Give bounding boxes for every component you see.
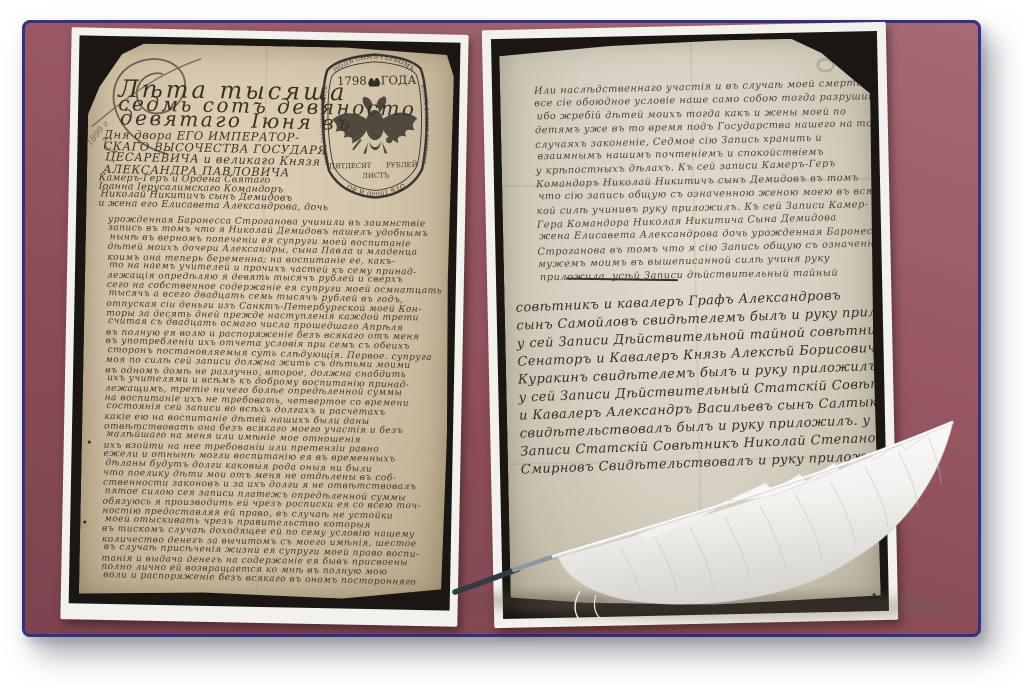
double-headed-eagle-icon [332,96,418,154]
left-photo-black-backdrop: 1899 г Лѣта тысящаседмь сотъ девяностоде… [69,35,461,610]
stamp-border-text-bottom: ОТЪ 10000 И ВО [346,181,406,197]
revenue-stamp: ПОДЪ СИМЪ ГЕРБОМЪ ПИСАТЬ ВСЯКІЕ КРЕПОСТИ… [313,51,437,201]
stamp-year: 1798 [337,74,367,88]
right-document-photo: Или наслѣдственнаго участія и въ случаѣ … [482,22,898,628]
crown-icon [368,78,380,87]
scene-canvas: { "colors":{ "mat_background":"#8e515c",… [0,0,1024,684]
stamp-value-left: ПЯТДЕСЯТ [329,162,372,171]
stamp-border-text-top: ПОДЪ СИМЪ ГЕРБОМЪ [332,52,415,74]
left-heading-small: Камеръ-Геръ и Ордена СвятагоІоанна Іерус… [98,174,329,213]
svg-text:ОТЪ 10000 И ВО: ОТЪ 10000 И ВО [346,181,406,197]
ink-speck [606,583,609,586]
ink-speck [83,521,86,524]
ink-speck [873,593,876,596]
left-document-paper: 1899 г Лѣта тысящаседмь сотъ девяностоде… [79,43,455,601]
left-document-photo: 1899 г Лѣта тысящаседмь сотъ девяностоде… [60,27,468,627]
mat-frame: 1899 г Лѣта тысящаседмь сотъ девяностоде… [22,20,981,637]
left-heading-medium: Дня двора ЕГО ИМПЕРАТОР-СКАГО ВЫСОЧЕСТВА… [103,129,328,179]
stamp-value-sheet: ЛИСТЪ [362,172,390,180]
svg-text:ПОДЪ СИМЪ ГЕРБОМЪ: ПОДЪ СИМЪ ГЕРБОМЪ [332,52,415,74]
right-photo-black-backdrop: Или наслѣдственнаго участія и въ случаѣ … [491,31,889,619]
left-body-text: урожденная Баронесса Строганова учинили … [101,215,438,588]
ink-speck [88,441,91,444]
paper-stain [816,58,834,72]
right-document-paper: Или наслѣдственнаго участія и въ случаѣ … [499,37,881,609]
stamp-value-right: РУБЛЕЙ [386,160,418,169]
stamp-year-word: ГОДА [381,73,417,88]
